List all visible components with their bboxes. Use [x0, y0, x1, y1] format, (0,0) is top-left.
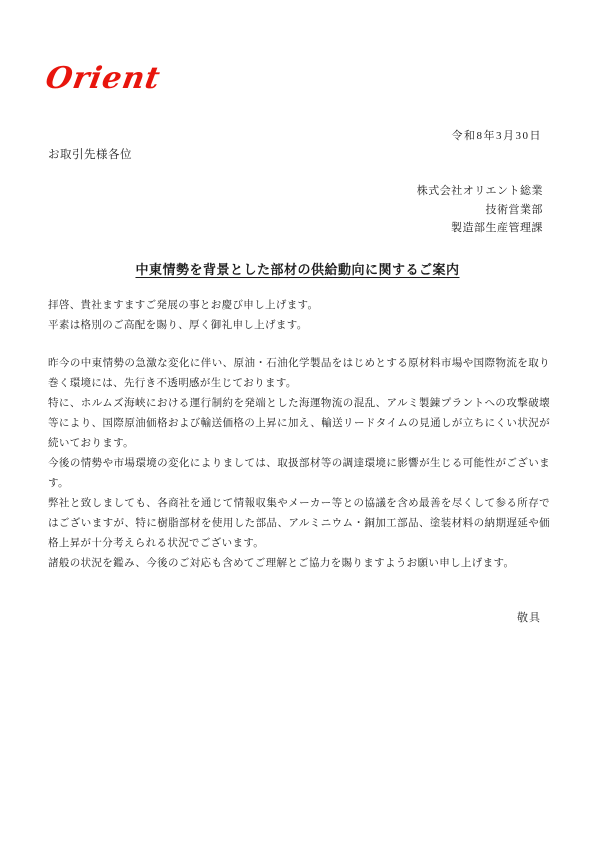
request-block: 諸般の状況を鑑み、今後のご対応も含めてご理解とご協力を賜りますようお願い申し上げ… — [48, 554, 550, 574]
body-block: 昨今の中東情勢の急激な変化に伴い、原油・石油化学製品をはじめとする原材料市場や国… — [48, 354, 550, 554]
body-paragraph: 弊社と致しましても、各商社を通じて情報収集やメーカー等との協議を含め最善を尽くし… — [48, 494, 550, 554]
recipient-line: お取引先様各位 — [48, 146, 132, 162]
letter-page: Orient 令和8年3月30日 お取引先様各位 株式会社オリエント総業 技術営… — [0, 0, 595, 841]
body-paragraph: 昨今の中東情勢の急激な変化に伴い、原油・石油化学製品をはじめとする原材料市場や国… — [48, 354, 550, 394]
sender-company: 株式会社オリエント総業 — [48, 182, 543, 201]
letter-date: 令和8年3月30日 — [48, 127, 548, 143]
closing-word: 敬具 — [48, 609, 546, 625]
greeting-line: 平素は格別のご高配を賜り、厚く御礼申し上げます。 — [48, 316, 550, 336]
body-paragraph: 今後の情勢や市場環境の変化によりましては、取扱部材等の調達環境に影響が生じる可能… — [48, 454, 550, 494]
greeting-block: 拝啓、貴社ますますご発展の事とお慶び申し上げます。 平素は格別のご高配を賜り、厚… — [48, 296, 550, 336]
orient-logo: Orient — [43, 61, 163, 97]
document-title-text: 中東情勢を背景とした部材の供給動向に関するご案内 — [135, 262, 459, 277]
request-line: 諸般の状況を鑑み、今後のご対応も含めてご理解とご協力を賜りますようお願い申し上げ… — [48, 554, 550, 574]
sender-block: 株式会社オリエント総業 技術営業部 製造部生産管理課 — [48, 182, 546, 238]
body-paragraph: 特に、ホルムズ海峡における運行制約を発端とした海運物流の混乱、アルミ製錬プラント… — [48, 394, 550, 454]
greeting-line: 拝啓、貴社ますますご発展の事とお慶び申し上げます。 — [48, 296, 550, 316]
document-title: 中東情勢を背景とした部材の供給動向に関するご案内 — [0, 259, 595, 279]
sender-section: 製造部生産管理課 — [48, 219, 543, 238]
sender-department: 技術営業部 — [48, 201, 543, 220]
